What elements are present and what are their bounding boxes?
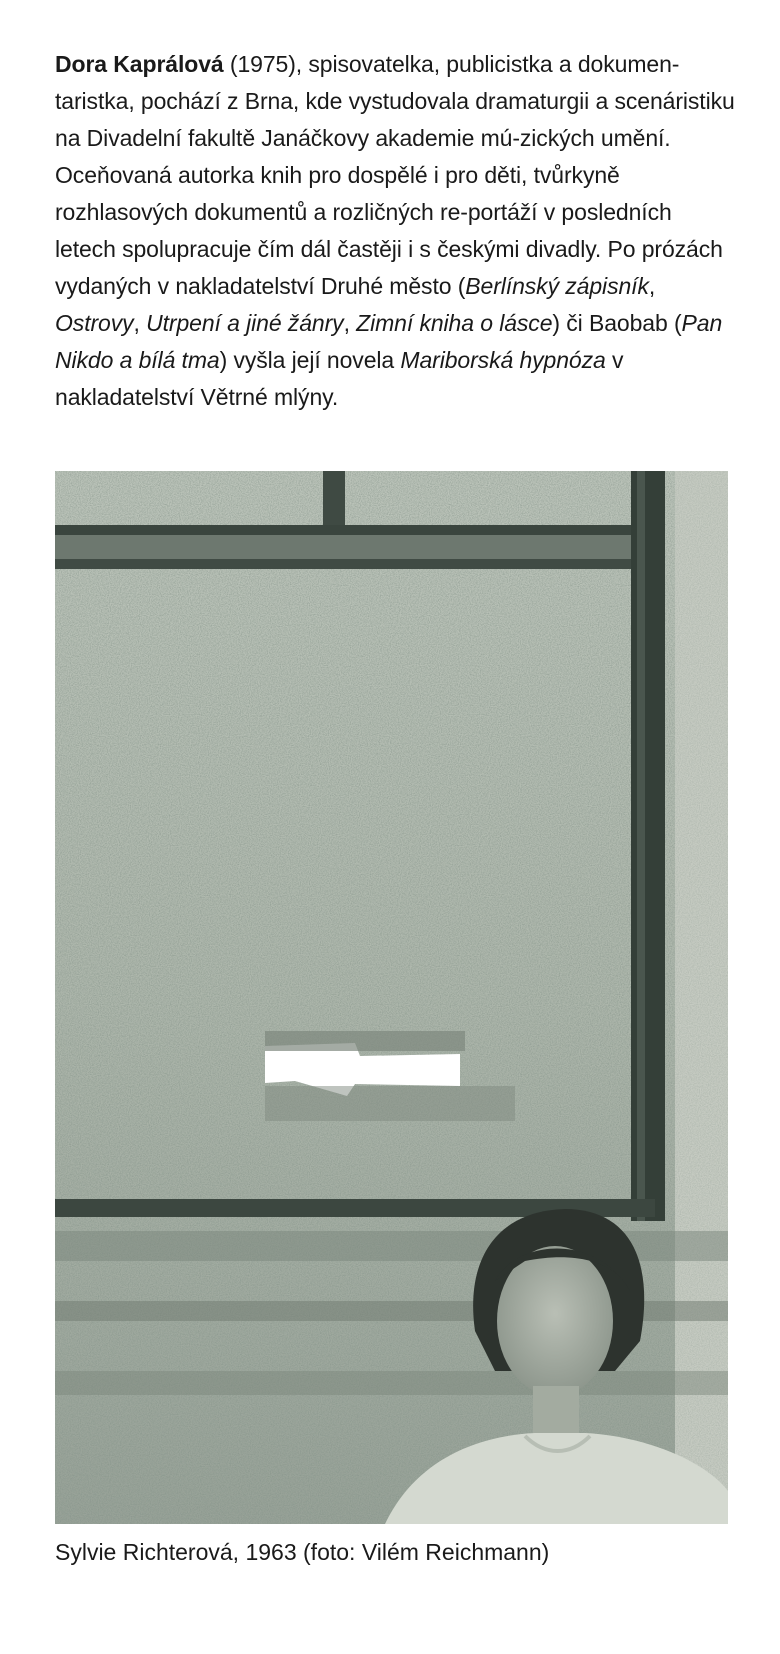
book-title: Zimní kniha o lásce <box>356 310 552 336</box>
book-title: Utrpení a jiné žánry <box>146 310 343 336</box>
photo-caption: Sylvie Richterová, 1963 (foto: Vilém Rei… <box>55 1536 549 1568</box>
bio-text-segment: , <box>134 310 147 336</box>
book-title: Mariborská hypnóza <box>400 347 605 373</box>
bio-text-segment: (1975), spisovatelka, publicistka a doku… <box>55 51 735 299</box>
bio-text-segment: ) či Baobab ( <box>552 310 681 336</box>
bio-text-segment: , <box>649 273 655 299</box>
book-title: Ostrovy <box>55 310 134 336</box>
author-name: Dora Kaprálová <box>55 51 224 77</box>
bio-text-segment: , <box>344 310 357 336</box>
author-photo <box>55 471 728 1524</box>
bio-text-segment: ) vyšla její novela <box>220 347 401 373</box>
bio-text: (1975), spisovatelka, publicistka a doku… <box>55 51 735 410</box>
book-title: Berlínský zápisník <box>465 273 649 299</box>
photo-illustration <box>55 471 728 1524</box>
author-bio: Dora Kaprálová (1975), spisovatelka, pub… <box>55 46 735 416</box>
